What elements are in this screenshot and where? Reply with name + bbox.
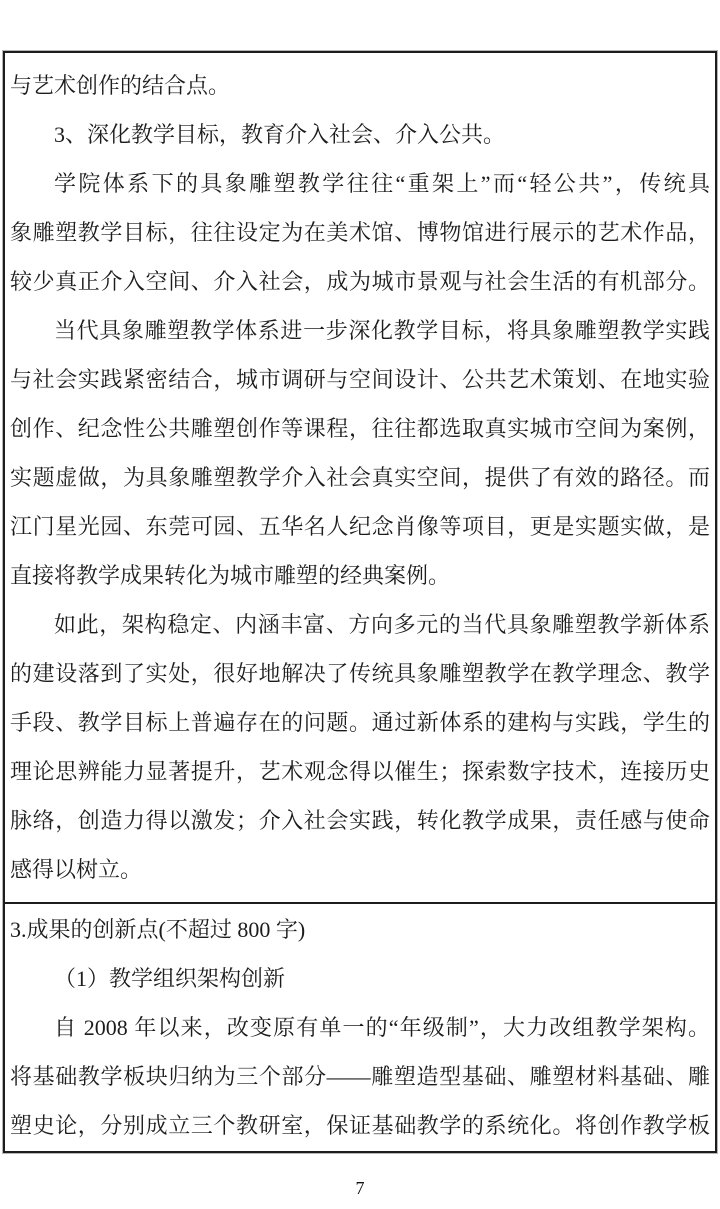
text-line: 与艺术创作的结合点。 — [10, 61, 710, 110]
text-line: 与社会实践紧密结合，城市调研与空间设计、公共艺术策划、在地实验 — [10, 355, 710, 404]
section-innovation-points-text: 3.成果的创新点(不超过 800 字)（1）教学组织架构创新自 2008 年以来… — [5, 904, 715, 1151]
text-line: 手段、教学目标上普遍存在的问题。通过新体系的建构与实践，学生的 — [10, 698, 710, 747]
section-teaching-goals-text: 与艺术创作的结合点。3、深化教学目标，教育介入社会、介入公共。学院体系下的具象雕… — [5, 53, 715, 902]
text-line: 较少真正介入空间、介入社会，成为城市景观与社会生活的有机部分。 — [10, 257, 710, 306]
text-line: 江门星光园、东莞可园、五华名人纪念肖像等项目，更是实题实做，是 — [10, 502, 710, 551]
text-line: 的建设落到了实处，很好地解决了传统具象雕塑教学在教学理念、教学 — [10, 649, 710, 698]
text-line: 理论思辨能力显著提升，艺术观念得以催生；探索数字技术，连接历史 — [10, 747, 710, 796]
page-number: 7 — [0, 1176, 720, 1200]
text-line: 象雕塑教学目标，往往设定为在美术馆、博物馆进行展示的艺术作品， — [10, 208, 710, 257]
text-line: 直接将教学成果转化为城市雕塑的经典案例。 — [10, 551, 710, 600]
text-line: 脉络，创造力得以激发；介入社会实践，转化教学成果，责任感与使命 — [10, 796, 710, 845]
text-line: 当代具象雕塑教学体系进一步深化教学目标，将具象雕塑教学实践 — [10, 306, 710, 355]
text-line: 将基础教学板块归纳为三个部分——雕塑造型基础、雕塑材料基础、雕 — [10, 1052, 710, 1101]
text-line: （1）教学组织架构创新 — [10, 954, 710, 1003]
text-line: 塑史论，分别成立三个教研室，保证基础教学的系统化。将创作教学板 — [10, 1101, 710, 1150]
text-line: 自 2008 年以来，改变原有单一的“年级制”，大力改组教学架构。 — [10, 1003, 710, 1052]
text-line: 感得以树立。 — [10, 845, 710, 894]
text-line: 如此，架构稳定、内涵丰富、方向多元的当代具象雕塑教学新体系 — [10, 600, 710, 649]
text-line: 3.成果的创新点(不超过 800 字) — [10, 905, 710, 954]
text-line: 创作、纪念性公共雕塑创作等课程，往往都选取真实城市空间为案例， — [10, 404, 710, 453]
text-line: 实题虚做，为具象雕塑教学介入社会真实空间，提供了有效的路径。而 — [10, 453, 710, 502]
document-table-cell-border: 与艺术创作的结合点。3、深化教学目标，教育介入社会、介入公共。学院体系下的具象雕… — [3, 51, 717, 1153]
text-line: 3、深化教学目标，教育介入社会、介入公共。 — [10, 110, 710, 159]
text-line: 学院体系下的具象雕塑教学往往“重架上”而“轻公共”，传统具 — [10, 159, 710, 208]
